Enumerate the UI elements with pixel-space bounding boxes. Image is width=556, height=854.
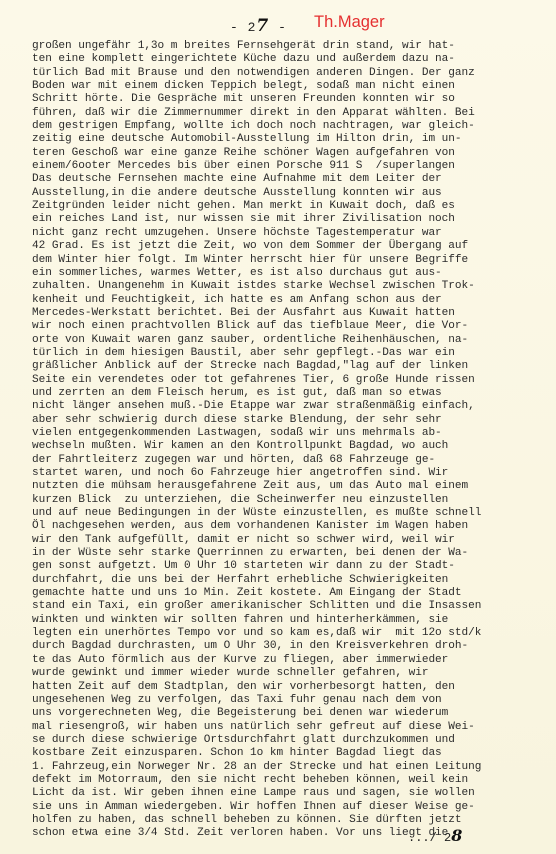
text-line: zeitig eine deutsche Automobil-Ausstellu…: [32, 133, 556, 146]
text-line: uns vorgerechneten Weg, die Begeisterung…: [32, 707, 556, 720]
continuation-prefix: .../: [408, 831, 444, 845]
text-line: stand ein Taxi, ein großer amerikanische…: [32, 600, 556, 613]
text-line: gräßlicher Anblick auf der Strecke nach …: [32, 360, 556, 373]
page-number-handwritten-correction: 7: [256, 16, 269, 36]
text-line: Licht da ist. Wir geben ihnen eine Lampe…: [32, 787, 556, 800]
page-number: - 27 -: [230, 16, 287, 36]
text-line: und zerrten an dem Fleisch herum, es ist…: [32, 387, 556, 400]
text-line: Schritt hörte. Die Gespräche mit unseren…: [32, 93, 556, 106]
text-line: vielen entgegenkommenden Lastwagen, soda…: [32, 427, 556, 440]
text-line: kurzen Blick zu unterziehen, die Scheinw…: [32, 494, 556, 507]
text-line: holfen zu haben, das schnell beheben zu …: [32, 814, 556, 827]
continuation-page-handwritten: 8: [451, 826, 462, 845]
page-header: - 27 - Th.Mager: [0, 12, 556, 38]
text-line: aber sehr schwierig durch diese starke B…: [32, 414, 556, 427]
text-line: einem/6ooter Mercedes bis über einen Por…: [32, 160, 556, 173]
document-page: - 27 - Th.Mager großen ungefähr 1,3o m b…: [0, 0, 556, 854]
text-line: gemachte hatte und uns 1o Min. Zeit kost…: [32, 587, 556, 600]
text-line: türlich Bad mit Brause und den notwendig…: [32, 67, 556, 80]
page-number-prefix: -: [230, 20, 248, 35]
page-number-suffix: -: [269, 20, 287, 35]
text-line: wechseln mußten. Wir kamen an den Kontro…: [32, 440, 556, 453]
text-line: gen sonst aufgetzt. Um 0 Uhr 10 startete…: [32, 560, 556, 573]
text-line: Seite ein verendetes oder tot gefahrenes…: [32, 374, 556, 387]
continuation-reference: .../ 28: [408, 826, 462, 845]
text-line: Mercedes-Werkstatt berichtet. Bei der Au…: [32, 307, 556, 320]
text-line: nicht länger ansehen muß.-Die Etappe war…: [32, 400, 556, 413]
text-line: durchfahrt, die uns bei der Herfahrt erh…: [32, 574, 556, 587]
text-line: te das Auto förmlich aus der Kurve zu fl…: [32, 654, 556, 667]
text-line: se durch diese schwierige Ortsdurchfahrt…: [32, 734, 556, 747]
text-line: dem gestrigen Empfang, wollte ich doch n…: [32, 120, 556, 133]
text-line: teren Geschoß war eine ganze Reihe schön…: [32, 147, 556, 160]
text-line: dem Winter hier folgt. Im Winter herrsch…: [32, 254, 556, 267]
text-line: Zeitgründen leider nicht gehen. Man merk…: [32, 200, 556, 213]
text-line: ein reiches Land ist, nur wissen sie mit…: [32, 213, 556, 226]
text-line: Öl nachgesehen werden, aus dem vorhanden…: [32, 520, 556, 533]
text-line: ungesehenen Weg zu verfolgen, das Taxi f…: [32, 694, 556, 707]
text-line: orte von Kuwait waren ganz sauber, orden…: [32, 334, 556, 347]
text-line: nutzten die mühsam herausgefahrene Zeit …: [32, 480, 556, 493]
text-line: kenheit und Feuchtigkeit, ich hatte es a…: [32, 294, 556, 307]
text-line: nicht ganz recht umzugehen. Unsere höchs…: [32, 227, 556, 240]
text-line: zuhalten. Unangenehm in Kuwait istdes st…: [32, 280, 556, 293]
text-line: mal riesengroß, wir haben uns natürlich …: [32, 721, 556, 734]
text-line: durch Bagdad durchrasten, um O Uhr 30, i…: [32, 640, 556, 653]
text-line: winkten und winkten wir sollten fahren u…: [32, 614, 556, 627]
text-line: großen ungefähr 1,3o m breites Fernsehge…: [32, 40, 556, 53]
text-line: startet waren, und noch 6o Fahrzeuge hie…: [32, 467, 556, 480]
text-line: führen, daß wir die Zimmernummer direkt …: [32, 107, 556, 120]
text-line: Boden war mit einem dicken Teppich beleg…: [32, 80, 556, 93]
text-line: schon etwa eine 3/4 Std. Zeit verloren h…: [32, 827, 556, 840]
author-stamp: Th.Mager: [314, 13, 385, 32]
text-line: ten eine komplett eingerichtete Küche da…: [32, 53, 556, 66]
text-line: wir den Tank aufgefüllt, damit er nicht …: [32, 534, 556, 547]
text-line: wir noch einen prachtvollen Blick auf da…: [32, 320, 556, 333]
typewritten-body-text: großen ungefähr 1,3o m breites Fernsehge…: [32, 40, 556, 841]
text-line: und auf neue Bedingungen in der Wüste ei…: [32, 507, 556, 520]
text-line: der Fahrtleiterz zugegen war und hörten,…: [32, 454, 556, 467]
text-line: defekt im Motorraum, den sie nicht recht…: [32, 774, 556, 787]
text-line: 42 Grad. Es ist jetzt die Zeit, wo von d…: [32, 240, 556, 253]
text-line: Ausstellung,in die andere deutsche Ausst…: [32, 187, 556, 200]
text-line: legten ein unerhörtes Tempo vor und so k…: [32, 627, 556, 640]
text-line: türlich in dem hiesigen Baustil, aber se…: [32, 347, 556, 360]
text-line: kostbare Zeit einzusparen. Schon 1o km h…: [32, 747, 556, 760]
text-line: sie uns in Amman wiedergeben. Wir hoffen…: [32, 801, 556, 814]
text-line: wurde gewinkt und immer wieder wurde sch…: [32, 667, 556, 680]
text-line: ein sommerliches, warmes Wetter, es ist …: [32, 267, 556, 280]
text-line: Das deutsche Fernsehen machte eine Aufna…: [32, 173, 556, 186]
text-line: in der Wüste sehr starke Querrinnen zu e…: [32, 547, 556, 560]
text-line: 1. Fahrzeug,ein Norweger Nr. 28 an der S…: [32, 761, 556, 774]
text-line: hatten Zeit auf dem Stadtplan, den wir v…: [32, 681, 556, 694]
